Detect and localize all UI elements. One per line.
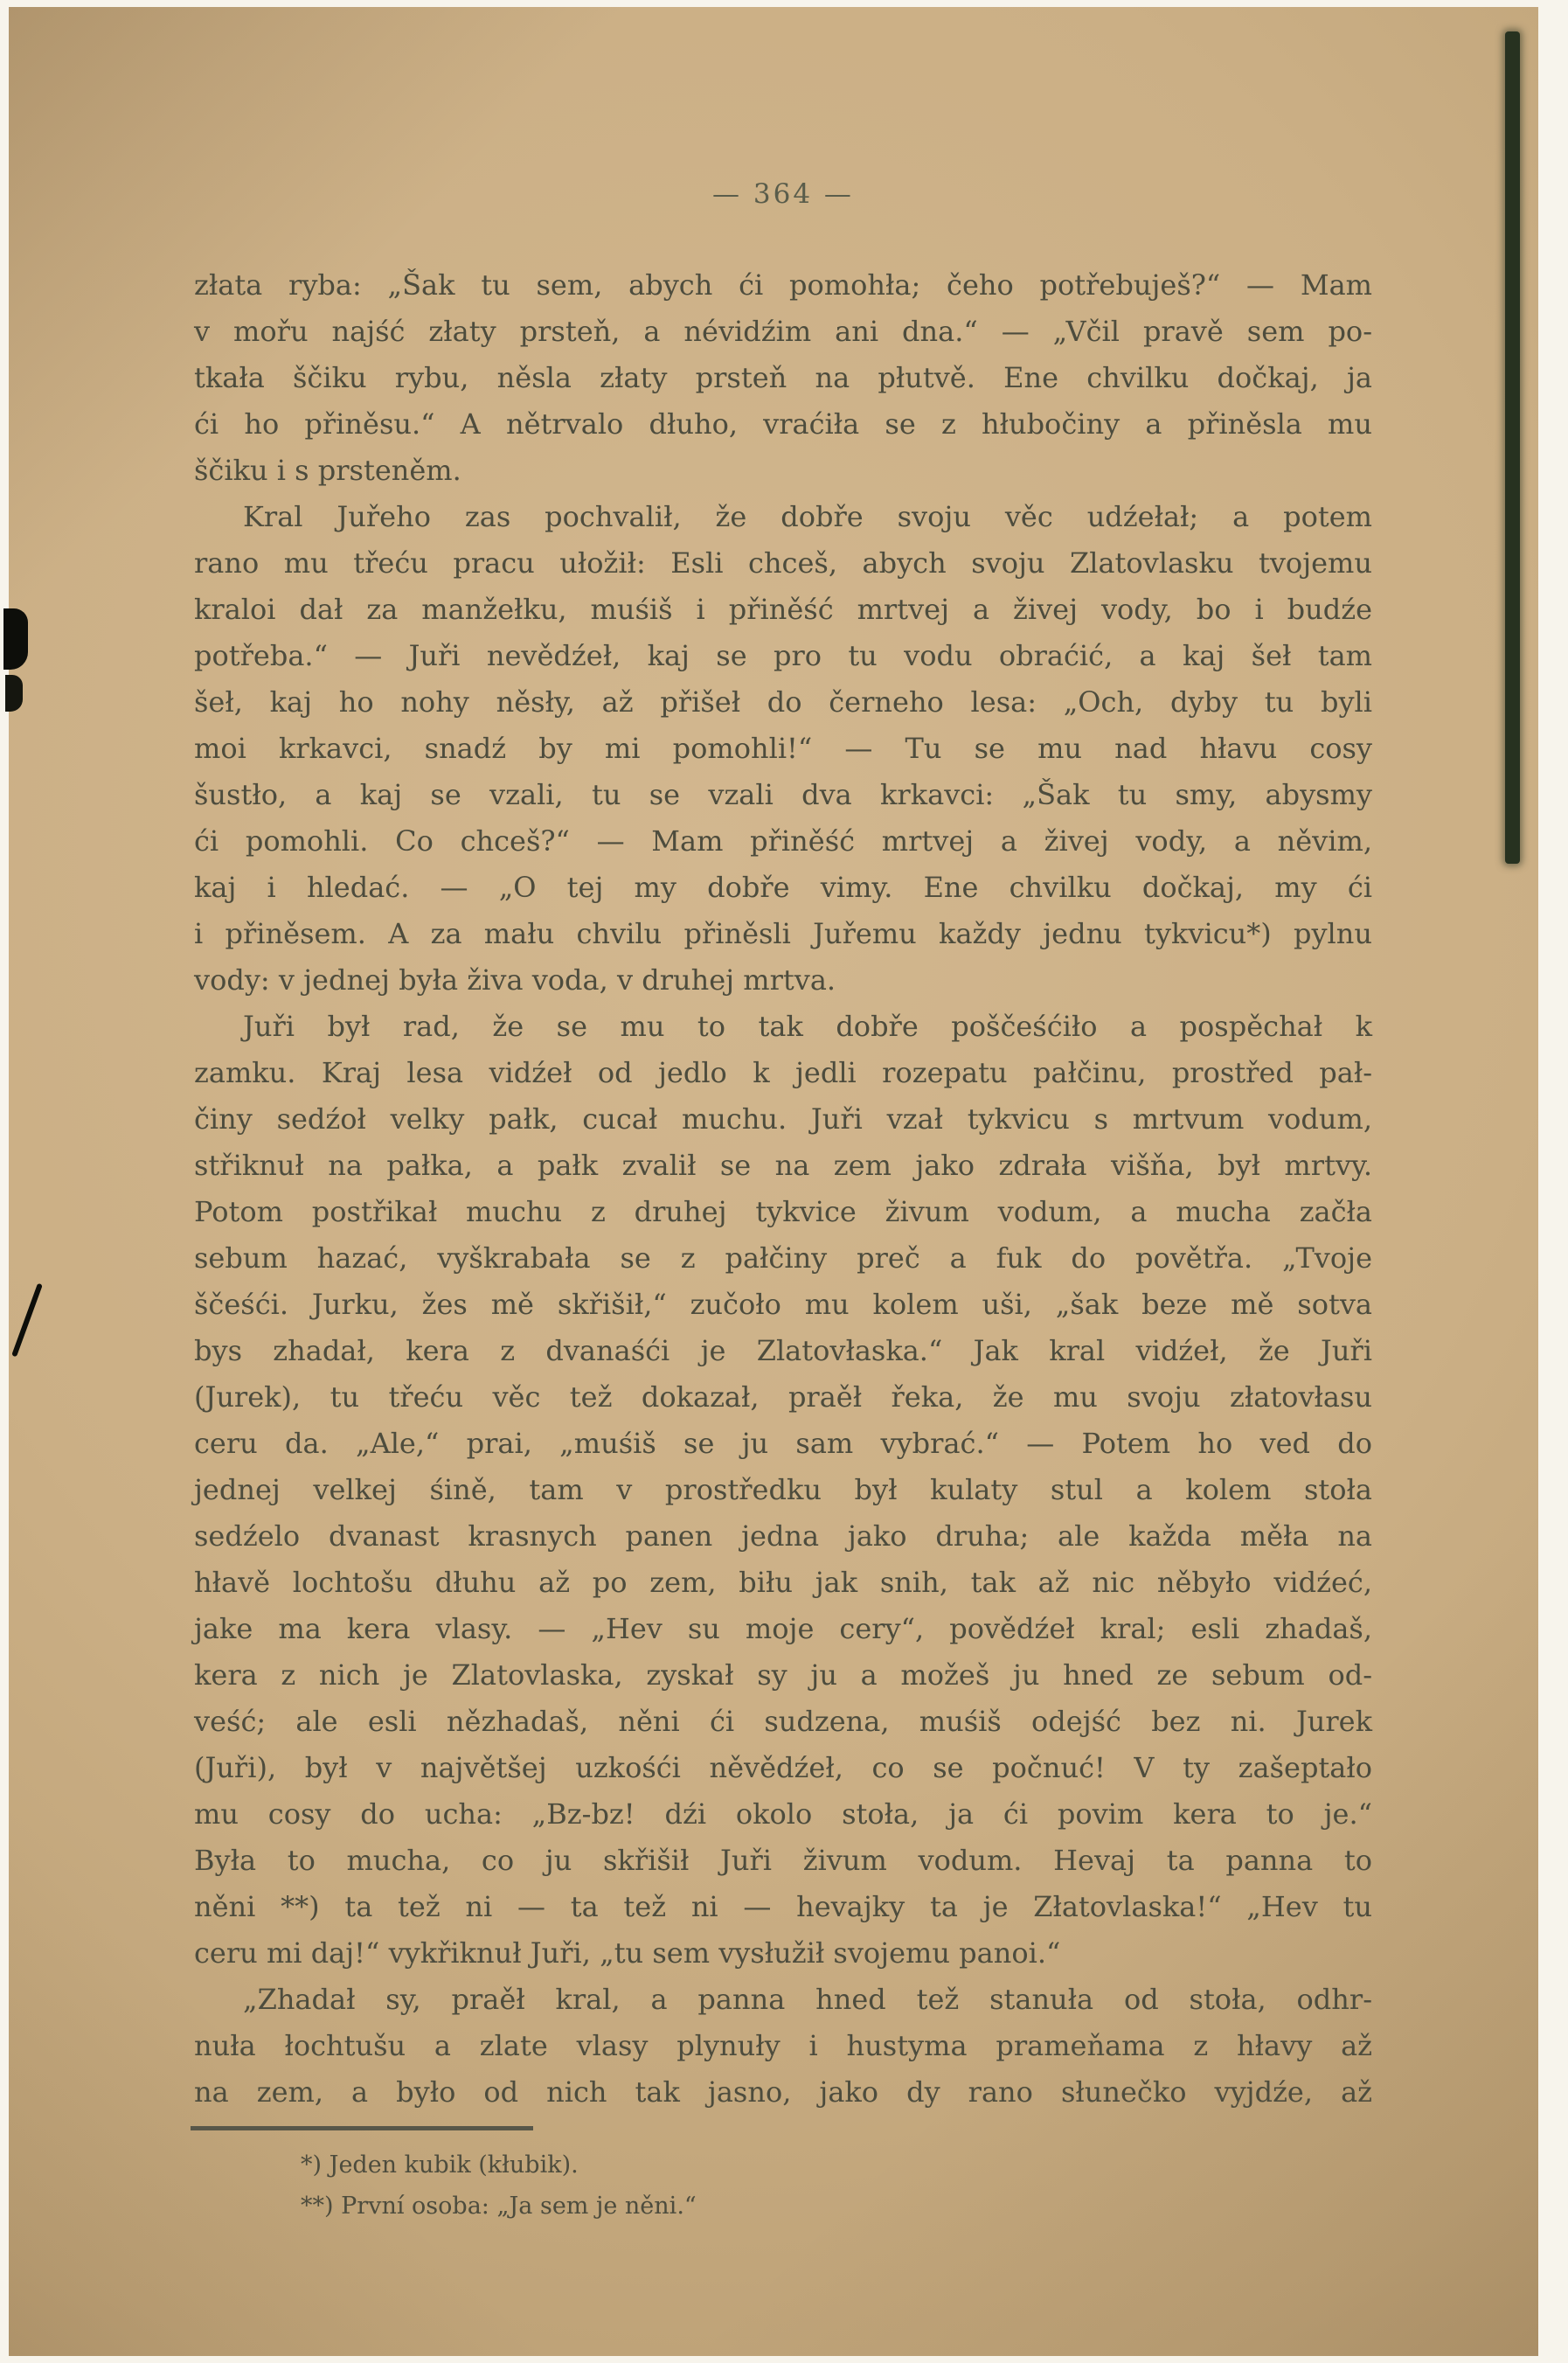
- text-line: sedźelo dvanast krasnych panen jedna jak…: [194, 1513, 1372, 1560]
- text-line: ceru da. „Ale,“ prai, „muśiš se ju sam v…: [194, 1421, 1372, 1467]
- paper-page: — 364 — złata ryba: „Šak tu sem, abych ć…: [9, 7, 1538, 2356]
- text-line: „Zhadał sy, praěł kral, a panna hned tež…: [194, 1977, 1372, 2023]
- ink-mark: [11, 1283, 43, 1358]
- text-line: ščiku i s prsteněm.: [194, 448, 1372, 494]
- footnote: **) První osoba: „Ja sem je něni.“: [194, 2186, 1372, 2227]
- text-line: ći pomohli. Co chceš?“ — Mam přiněść mrt…: [194, 818, 1372, 865]
- footnote: *) Jeden kubik (kłubik).: [194, 2144, 1372, 2186]
- text-line: sebum hazać, vyškrabała se z pałčiny pre…: [194, 1235, 1372, 1282]
- book-page-scan: — 364 — złata ryba: „Šak tu sem, abych ć…: [0, 0, 1568, 2363]
- text-line: ščeśći. Jurku, žes mě skřišił,“ zučoło m…: [194, 1282, 1372, 1328]
- text-line: ceru mi daj!“ vykřiknuł Juři, „tu sem vy…: [194, 1930, 1372, 1977]
- text-line: Potom postřikał muchu z druhej tykvice ž…: [194, 1189, 1372, 1235]
- body-text: złata ryba: „Šak tu sem, abych ći pomohł…: [194, 262, 1372, 2227]
- text-line: kaj i hledać. — „O tej my dobře vimy. En…: [194, 865, 1372, 911]
- text-line: tkała ščiku rybu, něsla złaty prsteň na …: [194, 355, 1372, 401]
- text-line: v mořu najść złaty prsteň, a névidźim an…: [194, 309, 1372, 355]
- text-line: kraloi dał za manžełku, muśiš i přiněść …: [194, 587, 1372, 633]
- paragraph: Juři był rad, že se mu to tak dobře pošč…: [194, 1004, 1372, 1977]
- text-line: hłavě lochtošu dłuhu až po zem, biłu jak…: [194, 1560, 1372, 1606]
- scan-gutter-shadow: [1505, 31, 1520, 864]
- text-line: šeł, kaj ho nohy něsły, až přišeł do čer…: [194, 679, 1372, 726]
- footnotes-container: *) Jeden kubik (kłubik).**) První osoba:…: [194, 2144, 1372, 2227]
- text-line: na zem, a było od nich tak jasno, jako d…: [194, 2069, 1372, 2116]
- text-line: mu cosy do ucha: „Bz-bz! dźi okolo stoła…: [194, 1791, 1372, 1838]
- text-line: činy sedźoł velky pałk, cucał muchu. Juř…: [194, 1096, 1372, 1143]
- text-line: rano mu třeću pracu ułožił: Esli chceš, …: [194, 540, 1372, 587]
- text-line: (Juři), był v najvětšej uzkośći něvědźeł…: [194, 1745, 1372, 1791]
- text-line: i přiněsem. A za mału chvilu přiněsli Ju…: [194, 911, 1372, 957]
- text-line: jednej velkej śině, tam v prostředku był…: [194, 1467, 1372, 1513]
- text-line: złata ryba: „Šak tu sem, abych ći pomohł…: [194, 262, 1372, 309]
- paragraph: Kral Juřeho zas pochvalił, že dobře svoj…: [194, 494, 1372, 1004]
- paragraph: złata ryba: „Šak tu sem, abych ći pomohł…: [194, 262, 1372, 494]
- text-line: bys zhadał, kera z dvanaśći je Zlatovłas…: [194, 1328, 1372, 1374]
- page-number: — 364 —: [194, 178, 1372, 210]
- text-line: veść; ale esli nězhadaš, něni ći sudzena…: [194, 1699, 1372, 1745]
- text-line: Kral Juřeho zas pochvalił, že dobře svoj…: [194, 494, 1372, 540]
- text-line: zamku. Kraj lesa vidźeł od jedlo k jedli…: [194, 1050, 1372, 1096]
- text-line: střiknuł na pałka, a pałk zvalił se na z…: [194, 1143, 1372, 1189]
- text-line: Juři był rad, že se mu to tak dobře pošč…: [194, 1004, 1372, 1050]
- footnotes-section: *) Jeden kubik (kłubik).**) První osoba:…: [194, 2126, 1372, 2227]
- paragraph: „Zhadał sy, praěł kral, a panna hned tež…: [194, 1977, 1372, 2116]
- text-line: potřeba.“ — Juři nevědźeł, kaj se pro tu…: [194, 633, 1372, 679]
- text-line: ći ho přiněsu.“ A nětrvalo dłuho, vraćił…: [194, 401, 1372, 448]
- text-line: Była to mucha, co ju skřišił Juři živum …: [194, 1838, 1372, 1884]
- ink-mark: [3, 608, 28, 670]
- text-line: nuła łochtušu a zlate vlasy plynuły i hu…: [194, 2023, 1372, 2069]
- paragraphs-container: złata ryba: „Šak tu sem, abych ći pomohł…: [194, 262, 1372, 2116]
- ink-mark: [5, 675, 23, 712]
- footnote-divider-rule: [191, 2126, 533, 2130]
- text-line: jake ma kera vlasy. — „Hev su moje cery“…: [194, 1606, 1372, 1652]
- text-line: vody: v jednej była živa voda, v druhej …: [194, 957, 1372, 1004]
- text-line: (Jurek), tu třeću věc tež dokazał, praěł…: [194, 1374, 1372, 1421]
- text-line: šustło, a kaj se vzali, tu se vzali dva …: [194, 772, 1372, 818]
- text-line: něni **) ta tež ni — ta tež ni — hevajky…: [194, 1884, 1372, 1930]
- text-line: kera z nich je Zlatovlaska, zyskał sy ju…: [194, 1652, 1372, 1699]
- text-line: moi krkavci, snadź by mi pomohli!“ — Tu …: [194, 726, 1372, 772]
